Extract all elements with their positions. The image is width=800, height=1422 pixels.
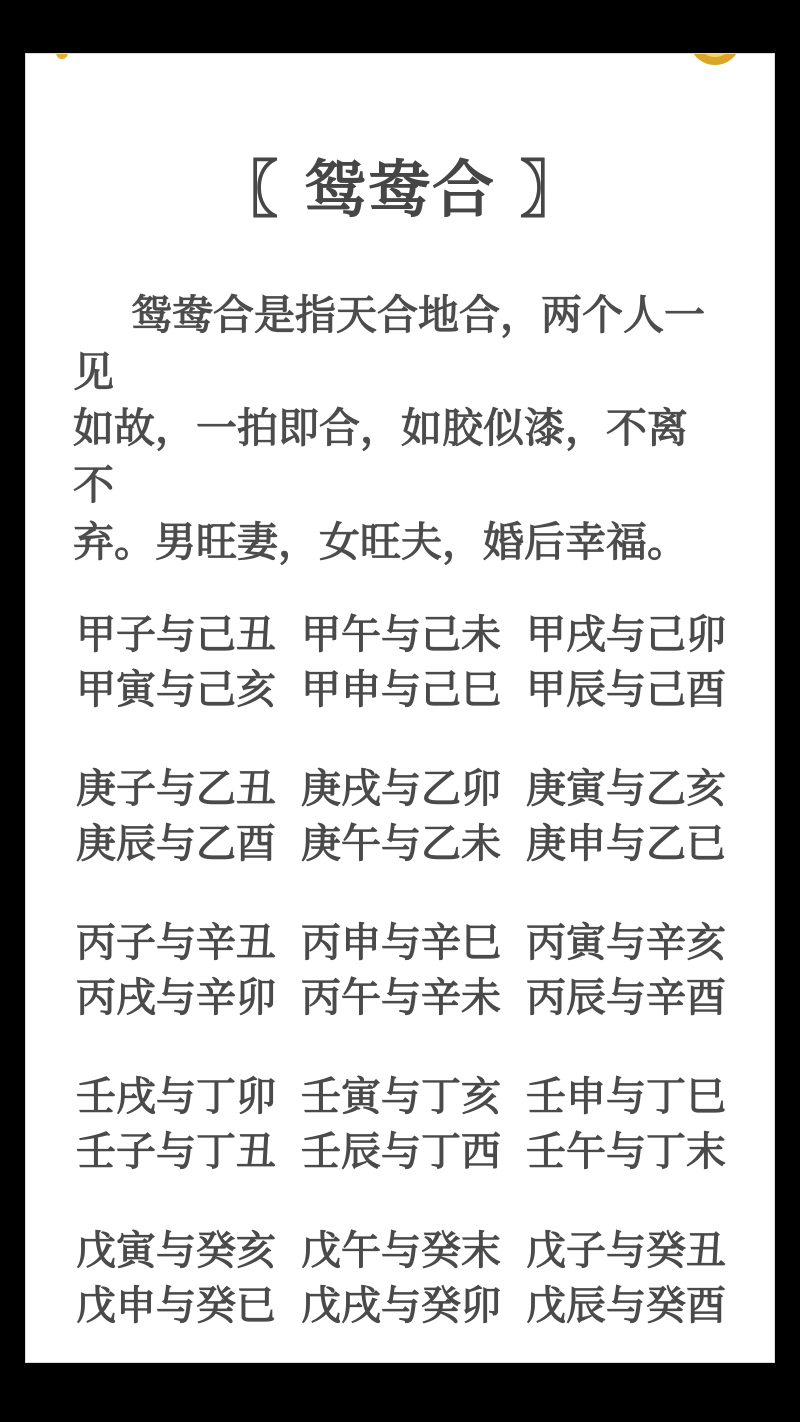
pair-cell: 丙戌与辛卯 — [76, 971, 276, 1026]
pair-row: 庚辰与乙酉 庚午与乙未 庚申与乙已 — [26, 817, 774, 872]
pair-cell: 壬辰与丁西 — [301, 1125, 501, 1180]
pair-row: 戊寅与癸亥 戊午与癸末 戊子与癸丑 — [26, 1224, 774, 1279]
pair-cell: 戊辰与癸酉 — [526, 1279, 726, 1334]
pair-cell: 庚寅与乙亥 — [526, 762, 726, 817]
pair-row: 丙戌与辛卯 丙午与辛未 丙辰与辛酉 — [26, 971, 774, 1026]
pair-cell: 戊午与癸末 — [301, 1224, 501, 1279]
pair-cell: 甲寅与己亥 — [76, 663, 276, 718]
pair-cell: 壬子与丁丑 — [76, 1125, 276, 1180]
pair-row: 甲子与己丑 甲午与己未 甲戌与己卯 — [26, 608, 774, 663]
intro-line: 如故，一拍即合，如胶似漆，不离不 — [73, 400, 727, 513]
pair-row: 壬子与丁丑 壬辰与丁西 壬午与丁末 — [26, 1125, 774, 1180]
pair-cell: 庚子与乙丑 — [76, 762, 276, 817]
pair-cell: 壬申与丁巳 — [526, 1070, 726, 1125]
gold-dot-decoration — [56, 53, 68, 59]
pair-cell: 丙寅与辛亥 — [526, 916, 726, 971]
pair-group: 戊寅与癸亥 戊午与癸末 戊子与癸丑 戊申与癸已 戊戌与癸卯 戊辰与癸酉 — [26, 1224, 774, 1334]
pair-group: 甲子与己丑 甲午与己未 甲戌与己卯 甲寅与己亥 甲申与己巳 甲辰与己酉 — [26, 608, 774, 718]
pair-cell: 丙申与辛巳 — [301, 916, 501, 971]
pair-cell: 甲午与己未 — [301, 608, 501, 663]
pair-cell: 庚辰与乙酉 — [76, 817, 276, 872]
intro-paragraph: 鸳鸯合是指天合地合，两个人一见 如故，一拍即合，如胶似漆，不离不 弃。男旺妻，女… — [73, 287, 727, 570]
pair-group: 庚子与乙丑 庚戌与乙卯 庚寅与乙亥 庚辰与乙酉 庚午与乙未 庚申与乙已 — [26, 762, 774, 872]
pair-cell: 戊子与癸丑 — [526, 1224, 726, 1279]
pair-row: 壬戌与丁卯 壬寅与丁亥 壬申与丁巳 — [26, 1070, 774, 1125]
pair-groups: 甲子与己丑 甲午与己未 甲戌与己卯 甲寅与己亥 甲申与己巳 甲辰与己酉 庚子与乙… — [26, 608, 774, 1334]
pair-row: 戊申与癸已 戊戌与癸卯 戊辰与癸酉 — [26, 1279, 774, 1334]
pair-cell: 庚申与乙已 — [526, 817, 726, 872]
pair-cell: 戊寅与癸亥 — [76, 1224, 276, 1279]
pair-group: 丙子与辛丑 丙申与辛巳 丙寅与辛亥 丙戌与辛卯 丙午与辛未 丙辰与辛酉 — [26, 916, 774, 1026]
pair-cell: 戊申与癸已 — [76, 1279, 276, 1334]
pair-cell: 丙子与辛丑 — [76, 916, 276, 971]
pair-row: 丙子与辛丑 丙申与辛巳 丙寅与辛亥 — [26, 916, 774, 971]
page-background: 〖 鸳鸯合 〗 鸳鸯合是指天合地合，两个人一见 如故，一拍即合，如胶似漆，不离不… — [0, 0, 800, 1422]
pair-row: 甲寅与己亥 甲申与己巳 甲辰与己酉 — [26, 663, 774, 718]
pair-cell: 壬寅与丁亥 — [301, 1070, 501, 1125]
pair-cell: 戊戌与癸卯 — [301, 1279, 501, 1334]
page-title: 〖 鸳鸯合 〗 — [26, 154, 774, 225]
pair-cell: 丙午与辛未 — [301, 971, 501, 1026]
pair-cell: 壬午与丁末 — [526, 1125, 726, 1180]
pair-cell: 甲辰与己酉 — [526, 663, 726, 718]
pair-cell: 庚午与乙未 — [301, 817, 501, 872]
pair-cell: 甲子与己丑 — [76, 608, 276, 663]
pair-cell: 壬戌与丁卯 — [76, 1070, 276, 1125]
pair-row: 庚子与乙丑 庚戌与乙卯 庚寅与乙亥 — [26, 762, 774, 817]
gold-circle-decoration — [689, 53, 741, 65]
pair-cell: 丙辰与辛酉 — [526, 971, 726, 1026]
intro-line: 弃。男旺妻，女旺夫，婚后幸福。 — [73, 514, 727, 571]
pair-cell: 甲申与己巳 — [301, 663, 501, 718]
pair-group: 壬戌与丁卯 壬寅与丁亥 壬申与丁巳 壬子与丁丑 壬辰与丁西 壬午与丁末 — [26, 1070, 774, 1180]
pair-cell: 甲戌与己卯 — [526, 608, 726, 663]
content-card: 〖 鸳鸯合 〗 鸳鸯合是指天合地合，两个人一见 如故，一拍即合，如胶似漆，不离不… — [25, 53, 775, 1363]
pair-cell: 庚戌与乙卯 — [301, 762, 501, 817]
intro-line: 鸳鸯合是指天合地合，两个人一见 — [73, 287, 727, 400]
